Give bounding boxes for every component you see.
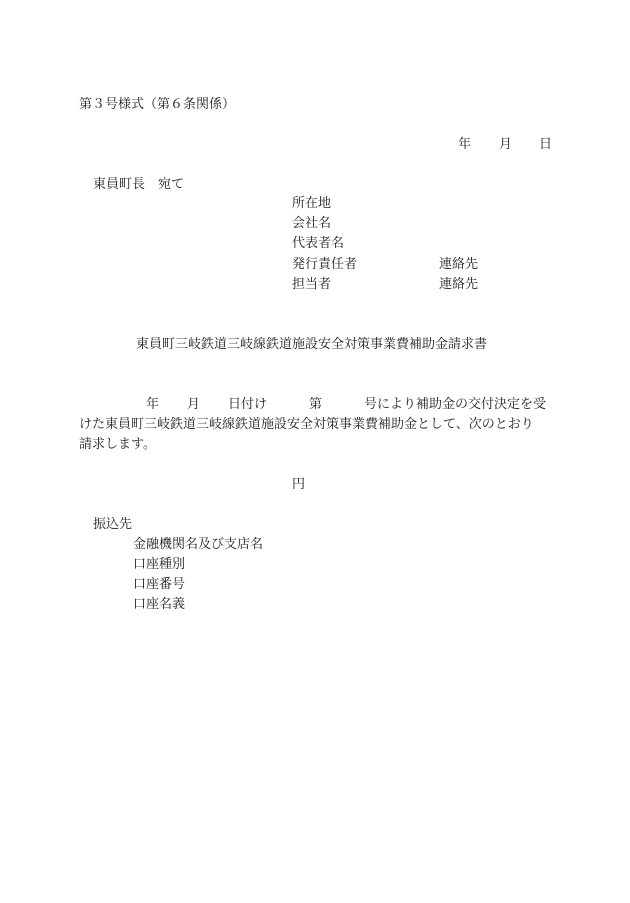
body-line-2: けた東員町三岐鉄道三岐線鉄道施設安全対策事業費補助金として、次のとおり	[79, 416, 534, 434]
ref-no-prefix: 第	[309, 396, 322, 414]
ref-day: 日付け	[228, 396, 267, 414]
ref-month: 月	[187, 396, 200, 414]
transfer-heading: 振込先	[93, 516, 132, 534]
bank-label: 金融機関名及び支店名	[133, 536, 263, 554]
date-month: 月	[499, 136, 512, 154]
person-in-charge-label: 担当者	[292, 276, 331, 294]
representative-label: 代表者名	[292, 235, 344, 253]
issuer-contact-label: 連絡先	[439, 256, 478, 274]
addressee: 東員町長 宛て	[93, 176, 184, 194]
ref-no-suffix: 号により補助金の交付決定を受	[364, 396, 546, 414]
form-number: 第３号様式（第６条関係）	[79, 96, 235, 114]
address-label: 所在地	[292, 195, 331, 213]
issuer-label: 発行責任者	[292, 256, 357, 274]
account-number-label: 口座番号	[133, 576, 185, 594]
company-label: 会社名	[292, 215, 331, 233]
document-title: 東員町三岐鉄道三岐線鉄道施設安全対策事業費補助金請求書	[136, 336, 487, 354]
date-day: 日	[539, 136, 552, 154]
date-year: 年	[458, 136, 471, 154]
person-contact-label: 連絡先	[439, 276, 478, 294]
body-line-3: 請求します。	[79, 436, 156, 454]
account-type-label: 口座種別	[133, 556, 185, 574]
ref-year: 年	[146, 396, 159, 414]
account-name-label: 口座名義	[133, 596, 185, 614]
amount-unit: 円	[292, 476, 305, 494]
